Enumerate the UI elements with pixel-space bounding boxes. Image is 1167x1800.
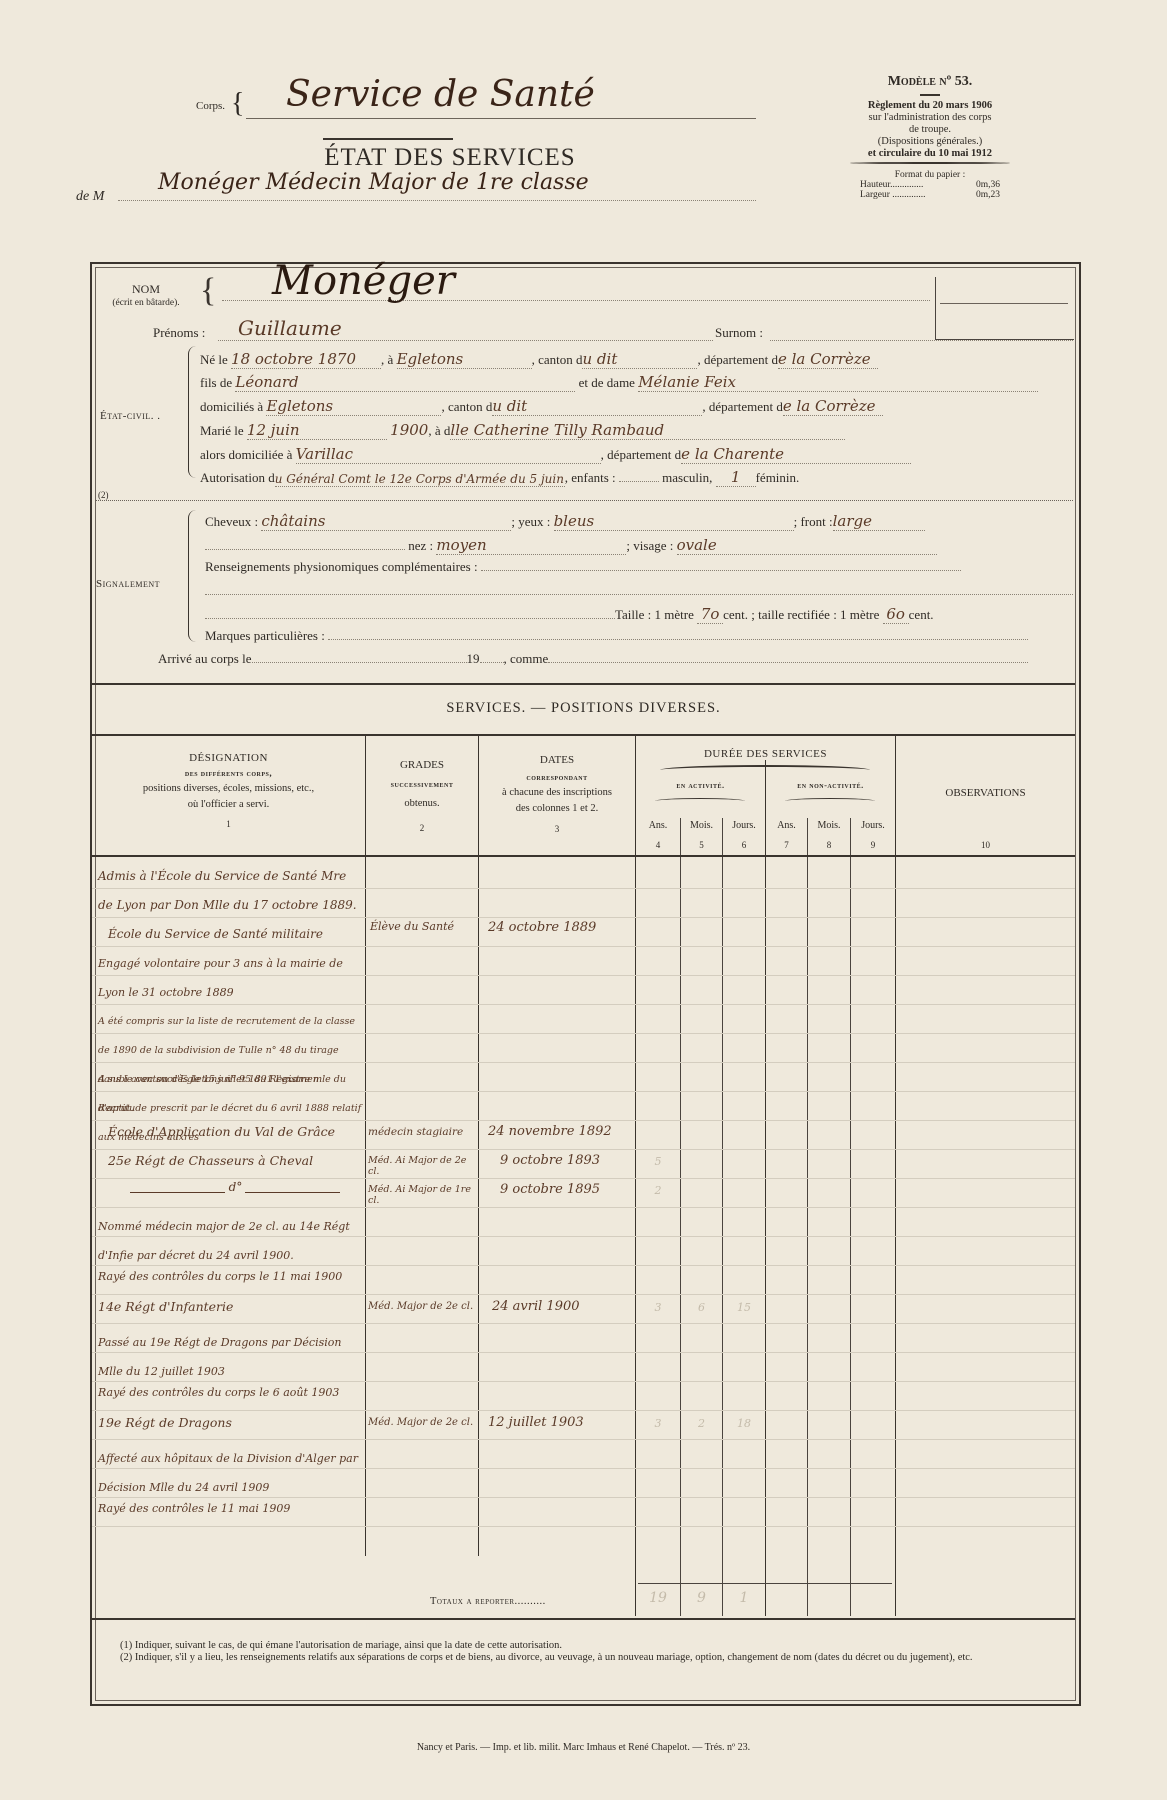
hauteur-label: Hauteur.............. bbox=[860, 180, 923, 190]
domicilies-row: domiciliés à Egletons, canton du dit, dé… bbox=[200, 397, 1073, 416]
yeux-field[interactable]: bleus bbox=[554, 512, 794, 531]
model-rule bbox=[920, 94, 940, 96]
hauteur-value: 0m,36 bbox=[976, 180, 1000, 190]
visage-field[interactable]: ovale bbox=[677, 536, 937, 555]
entry-ans-6: 5 bbox=[636, 1155, 680, 1168]
arrive-year-label: 19 bbox=[467, 651, 480, 666]
entry-grade-6: Méd. Ai Major de 2e cl. bbox=[368, 1155, 476, 1177]
masculin-label: masculin, bbox=[662, 470, 712, 485]
entry-date-7: 9 octobre 1895 bbox=[500, 1182, 633, 1197]
col8-num: 8 bbox=[808, 840, 850, 850]
etat-civil-label: État-civil. . bbox=[100, 410, 160, 422]
enfants-label: , enfants : bbox=[565, 470, 616, 485]
entry-designation-13: 19e Régt de Dragons bbox=[98, 1415, 363, 1430]
cent2-label: cent. bbox=[909, 607, 934, 622]
enfants-masculin-field[interactable] bbox=[619, 481, 659, 482]
nom-field[interactable]: Monéger bbox=[222, 280, 930, 301]
col3-title: DATES bbox=[479, 752, 635, 769]
entry-grade-1: Élève du Santé bbox=[370, 920, 475, 933]
totaux-jours: 1 bbox=[723, 1590, 765, 1606]
autorisation-field[interactable]: u Général Comt le 12e Corps d'Armée du 5… bbox=[275, 472, 565, 487]
nom-value: Monéger bbox=[272, 258, 455, 304]
col7-num: 7 bbox=[766, 840, 807, 850]
format-title: Format du papier : bbox=[780, 170, 1080, 180]
mois-header-2: Mois. bbox=[808, 820, 850, 831]
ans-header-1: Ans. bbox=[636, 820, 680, 831]
renseignements-label: Renseignements physionomiques complément… bbox=[205, 559, 478, 574]
entry-designation-9: Rayé des contrôles du corps le 11 mai 19… bbox=[98, 1270, 363, 1283]
canton2-field[interactable]: u dit bbox=[492, 397, 702, 416]
entry-designation-5: École d'Application du Val de Grâce bbox=[108, 1124, 363, 1139]
taille-rectifiee-field[interactable]: 6o bbox=[883, 605, 909, 624]
signalement-brace bbox=[188, 510, 197, 642]
entry-date-6: 9 octobre 1893 bbox=[500, 1153, 633, 1168]
hauteur-row: Hauteur.............. 0m,36 bbox=[860, 180, 1000, 190]
col1-num: 1 bbox=[92, 818, 365, 832]
de-m-field[interactable]: Monéger Médecin Major de 1re classe bbox=[118, 176, 756, 201]
duree-brace bbox=[660, 765, 870, 775]
totaux-mois: 9 bbox=[681, 1590, 722, 1606]
visage-label: ; visage : bbox=[626, 538, 673, 553]
col-rule-1-2 bbox=[365, 736, 366, 1556]
services-title-rule bbox=[92, 734, 1075, 736]
col-rule-9-10 bbox=[895, 736, 896, 1616]
de-m-value: Monéger Médecin Major de 1re classe bbox=[158, 170, 589, 195]
feminin-label: féminin. bbox=[756, 470, 800, 485]
col4-num: 4 bbox=[636, 840, 680, 850]
col1-sub3: où l'officier a servi. bbox=[92, 797, 365, 813]
model-line5: et circulaire du 10 mai 1912 bbox=[780, 148, 1080, 160]
col-rule-3-4 bbox=[635, 736, 636, 1616]
a-label: , à bbox=[381, 352, 393, 367]
entry-designation-11: Passé au 19e Régt de Dragons par Décisio… bbox=[98, 1328, 363, 1386]
entry-ans-13: 3 bbox=[636, 1417, 680, 1430]
col10-num: 10 bbox=[896, 840, 1075, 850]
ruled-line bbox=[92, 1323, 1075, 1324]
entry-grade-7: Méd. Ai Major de 1re cl. bbox=[368, 1184, 476, 1206]
services-top-rule bbox=[92, 683, 1075, 685]
ruled-line bbox=[92, 1526, 1075, 1527]
col1-header: DÉSIGNATION des différents corps, positi… bbox=[92, 750, 365, 831]
printer-credit: Nancy et Paris. — Imp. et lib. milit. Ma… bbox=[90, 1742, 1077, 1753]
model-line3: de troupe. bbox=[780, 124, 1080, 136]
entry-designation-0: Admis à l'École du Service de Santé Mre … bbox=[98, 862, 363, 920]
marques-row: Marques particulières : bbox=[205, 628, 1073, 644]
surnom-field[interactable] bbox=[770, 324, 1073, 341]
domicilies-label: domiciliés à bbox=[200, 399, 263, 414]
departement-field[interactable]: e la Corrèze bbox=[778, 350, 878, 369]
front-field[interactable]: large bbox=[833, 512, 925, 531]
nom-corner-line bbox=[940, 303, 1068, 304]
totaux-top-rule bbox=[638, 1583, 892, 1584]
col3-sub1: correspondant bbox=[479, 771, 635, 785]
entry-grade-10: Méd. Major de 2e cl. bbox=[368, 1301, 476, 1312]
note-ref-2: (2) bbox=[98, 490, 109, 500]
en-non-activite-label: en non-activité. bbox=[766, 780, 895, 790]
col1-sub2: positions diverses, écoles, missions, et… bbox=[92, 781, 365, 797]
jours-header-1: Jours. bbox=[723, 820, 765, 831]
col2-sub1: successivement bbox=[366, 778, 478, 792]
model-info: Modèle nº 53. Règlement du 20 mars 1906 … bbox=[780, 74, 1080, 200]
col2-title: GRADES bbox=[366, 757, 478, 774]
model-line2: sur l'administration des corps bbox=[780, 112, 1080, 124]
departement-label: , département d bbox=[697, 352, 778, 367]
departement3-field[interactable]: e la Charente bbox=[681, 445, 911, 464]
taille-label: Taille : 1 mètre bbox=[615, 607, 694, 622]
cheveux-field[interactable]: châtains bbox=[261, 512, 511, 531]
signalement-label: Signalement bbox=[96, 578, 160, 590]
renseignements-line-2 bbox=[205, 594, 1073, 595]
alors-domiciliee-label: alors domiciliée à bbox=[200, 447, 292, 462]
ans-header-2: Ans. bbox=[766, 820, 807, 831]
mois-header-1: Mois. bbox=[681, 820, 722, 831]
taille-leader bbox=[205, 618, 615, 619]
renseignements-row: Renseignements physionomiques complément… bbox=[205, 559, 1073, 575]
ruled-line bbox=[92, 1439, 1075, 1440]
model-line4: (Dispositions générales.) bbox=[780, 136, 1080, 148]
col3-num: 3 bbox=[479, 823, 635, 837]
jours-header-2: Jours. bbox=[851, 820, 895, 831]
page-title: ÉTAT DES SERVICES bbox=[250, 144, 650, 172]
col1-sub1: des différents corps, bbox=[92, 767, 365, 781]
duree-title: DURÉE DES SERVICES bbox=[636, 748, 895, 760]
taille-row: Taille : 1 mètre 7ocent. ; taille rectif… bbox=[205, 605, 1073, 624]
entry-date-10: 24 avril 1900 bbox=[492, 1299, 633, 1314]
entry-designation-14: Affecté aux hôpitaux de la Division d'Al… bbox=[98, 1444, 363, 1502]
en-activite-brace bbox=[655, 798, 745, 804]
entry-designation-6: 25e Régt de Chasseurs à Cheval bbox=[108, 1153, 363, 1168]
col2-num: 2 bbox=[366, 822, 478, 836]
cheveux-row: Cheveux : châtains; yeux : bleus; front … bbox=[205, 512, 1073, 531]
yeux-label: ; yeux : bbox=[511, 514, 550, 529]
footnotes: (1) Indiquer, suivant le cas, de qui éma… bbox=[100, 1640, 1070, 1664]
prenoms-value: Guillaume bbox=[238, 316, 342, 340]
ruled-line bbox=[92, 1410, 1075, 1411]
nez-row: nez : moyen; visage : ovale bbox=[205, 536, 1073, 555]
entry-ans-10: 3 bbox=[636, 1301, 680, 1314]
a-field[interactable]: Egletons bbox=[397, 350, 532, 369]
arrive-date-field[interactable] bbox=[252, 662, 467, 663]
col-rule-2-3 bbox=[478, 736, 479, 1556]
col2-sub2: obtenus. bbox=[366, 796, 478, 812]
ditto-line-right bbox=[245, 1192, 340, 1193]
canton2-label: , canton d bbox=[441, 399, 492, 414]
comme-field[interactable] bbox=[548, 662, 1028, 663]
departement2-field[interactable]: e la Corrèze bbox=[783, 397, 883, 416]
header-bottom-rule bbox=[92, 855, 1075, 857]
entry-designation-2: Engagé volontaire pour 3 ans à la mairie… bbox=[98, 949, 363, 1007]
ruled-line bbox=[92, 1294, 1075, 1295]
etat-civil-divider bbox=[96, 500, 1073, 501]
entry-mois-10: 6 bbox=[681, 1301, 722, 1314]
cent-label: cent. ; taille rectifiée : 1 mètre bbox=[723, 607, 879, 622]
fils-de-row: fils de Léonard et de dame Mélanie Feix bbox=[200, 373, 1073, 392]
domicilies-field[interactable]: Egletons bbox=[266, 397, 441, 416]
entry-designation-15: Rayé des contrôles le 11 mai 1909 bbox=[98, 1502, 363, 1515]
ditto-line-left bbox=[130, 1192, 225, 1193]
services-title: SERVICES. — POSITIONS DIVERSES. bbox=[92, 700, 1075, 717]
fils-de-label: fils de bbox=[200, 375, 232, 390]
entry-designation-10: 14e Régt d'Infanterie bbox=[98, 1299, 363, 1314]
prenoms-label: Prénoms : bbox=[153, 325, 205, 341]
col6-num: 6 bbox=[723, 840, 765, 850]
ne-le-row: Né le 18 octobre 1870, à Egletons, canto… bbox=[200, 350, 1073, 369]
prenoms-field[interactable]: Guillaume bbox=[218, 324, 713, 341]
arrive-year-field[interactable] bbox=[480, 662, 504, 663]
largeur-row: Largeur .............. 0m,23 bbox=[860, 190, 1000, 200]
corps-value: Service de Santé bbox=[286, 74, 595, 115]
entry-date-5: 24 novembre 1892 bbox=[488, 1124, 633, 1139]
largeur-label: Largeur .............. bbox=[860, 190, 926, 200]
entry-date-13: 12 juillet 1903 bbox=[488, 1415, 633, 1430]
model-flourish bbox=[850, 162, 1010, 164]
autorisation-label: Autorisation d bbox=[200, 470, 275, 485]
arrive-row: Arrivé au corps le19, comme bbox=[158, 651, 1073, 667]
entry-jours-10: 15 bbox=[723, 1301, 765, 1314]
marques-field[interactable] bbox=[328, 639, 1028, 640]
entry-mois-13: 2 bbox=[681, 1417, 722, 1430]
alors-domiciliee-field[interactable]: Varillac bbox=[296, 445, 601, 464]
marie-row: Marié le 12 juin 1900, à dlle Catherine … bbox=[200, 421, 1073, 440]
arrive-label: Arrivé au corps le bbox=[158, 651, 252, 666]
surnom-label: Surnom : bbox=[715, 325, 763, 341]
col2-header: GRADES successivement obtenus. 2 bbox=[366, 757, 478, 836]
ne-le-label: Né le bbox=[200, 352, 228, 367]
nez-leader bbox=[205, 549, 405, 550]
entry-grade-5: médecin stagiaire bbox=[368, 1126, 476, 1138]
entry-date-1: 24 octobre 1889 bbox=[488, 920, 633, 935]
marie-le-field[interactable]: 12 juin bbox=[247, 421, 387, 440]
footnote-2: (2) Indiquer, s'il y a lieu, les renseig… bbox=[100, 1652, 1070, 1664]
de-m-label: de M bbox=[76, 189, 104, 205]
front-label: ; front : bbox=[794, 514, 833, 529]
corps-field[interactable]: Service de Santé bbox=[246, 88, 756, 119]
totaux-ans: 19 bbox=[636, 1590, 680, 1606]
footnote-1: (1) Indiquer, suivant le cas, de qui éma… bbox=[100, 1640, 1070, 1652]
taille-field[interactable]: 7o bbox=[697, 605, 723, 624]
corps-brace: { bbox=[231, 88, 244, 120]
model-title: Modèle nº 53. bbox=[780, 74, 1080, 90]
totaux-label: Totaux a reporter.......... bbox=[430, 1596, 546, 1607]
entry-designation-1: École du Service de Santé militaire bbox=[108, 920, 363, 949]
marie-year-field[interactable]: 1900 bbox=[390, 421, 428, 439]
marie-le-label: Marié le bbox=[200, 423, 244, 438]
canton-label: , canton d bbox=[532, 352, 583, 367]
entry-designation-12: Rayé des contrôles du corps le 6 août 19… bbox=[98, 1386, 363, 1399]
model-line1: Règlement du 20 mars 1906 bbox=[780, 100, 1080, 112]
col5-num: 5 bbox=[681, 840, 722, 850]
entry-grade-13: Méd. Major de 2e cl. bbox=[368, 1417, 476, 1428]
marie-a-field[interactable]: lle Catherine Tilly Rambaud bbox=[450, 421, 845, 440]
table-bottom-rule bbox=[92, 1618, 1075, 1620]
nez-label: nez : bbox=[408, 538, 433, 553]
col9-num: 9 bbox=[851, 840, 895, 850]
nom-sub-label: (écrit en bâtarde). bbox=[92, 298, 200, 308]
col10-title: OBSERVATIONS bbox=[896, 787, 1075, 799]
col3-sub2: à chacune des inscriptions bbox=[479, 785, 635, 801]
marques-label: Marques particulières : bbox=[205, 628, 325, 643]
entry-jours-13: 18 bbox=[723, 1417, 765, 1430]
entry-designation-8: Nommé médecin major de 2e cl. au 14e Rég… bbox=[98, 1212, 363, 1270]
ruled-line bbox=[92, 1207, 1075, 1208]
comme-label: , comme bbox=[504, 651, 549, 666]
en-activite-label: en activité. bbox=[636, 780, 765, 790]
etat-civil-brace bbox=[188, 346, 197, 478]
col3-header: DATES correspondant à chacune des inscri… bbox=[479, 752, 635, 836]
title-rule bbox=[323, 138, 453, 140]
entry-ans-7: 2 bbox=[636, 1184, 680, 1197]
col3-sub3: des colonnes 1 et 2. bbox=[479, 801, 635, 817]
col1-title: DÉSIGNATION bbox=[92, 750, 365, 767]
marie-a-label: , à d bbox=[428, 423, 450, 438]
departement2-label: , département d bbox=[702, 399, 783, 414]
enfants-feminin-field[interactable]: 1 bbox=[716, 468, 756, 487]
ruled-line bbox=[92, 1178, 1075, 1179]
departement3-label: , département d bbox=[601, 447, 682, 462]
renseignements-field[interactable] bbox=[481, 570, 961, 571]
alors-domiciliee-row: alors domiciliée à Varillac, département… bbox=[200, 445, 1073, 464]
et-de-dame-field[interactable]: Mélanie Feix bbox=[638, 373, 1038, 392]
largeur-value: 0m,23 bbox=[976, 190, 1000, 200]
corps-label: Corps. bbox=[196, 100, 225, 112]
nom-label: NOM bbox=[96, 282, 196, 297]
autorisation-row: Autorisation du Général Comt le 12e Corp… bbox=[200, 468, 1073, 487]
ne-le-field[interactable]: 18 octobre 1870 bbox=[231, 350, 381, 369]
en-non-activite-brace bbox=[785, 798, 875, 804]
canton-field[interactable]: u dit bbox=[582, 350, 697, 369]
fils-de-field[interactable]: Léonard bbox=[235, 373, 575, 392]
nom-brace: { bbox=[200, 272, 216, 310]
et-de-dame-label: et de dame bbox=[579, 375, 635, 390]
cheveux-label: Cheveux : bbox=[205, 514, 258, 529]
nez-field[interactable]: moyen bbox=[436, 536, 626, 555]
